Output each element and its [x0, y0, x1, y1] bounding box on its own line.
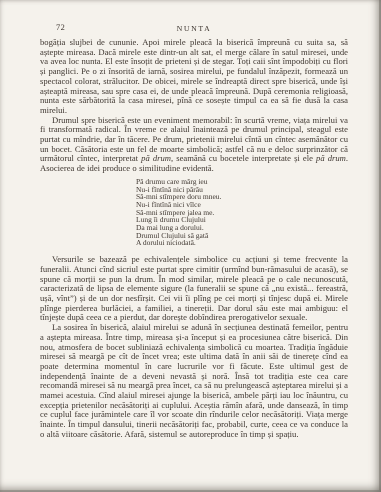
paragraph-1: bogăția slujbei de cununie. Apoi mirele … [40, 38, 348, 116]
verse-line: A dorului niciodată. [136, 239, 348, 247]
page-header: 72 NUNTA [40, 23, 348, 34]
paragraph-2: Drumul spre biserică este un eveniment m… [40, 116, 348, 174]
page-body: bogăția slujbei de cununie. Apoi mirele … [40, 38, 348, 440]
paragraph-3: Versurile se bazează pe echivalențele si… [40, 255, 348, 323]
verse-block: Pă drumu care mărg ieu Nu-i fîntînă nici… [136, 178, 348, 247]
book-page: 72 NUNTA bogăția slujbei de cununie. Apo… [0, 0, 381, 492]
paragraph-4: La sosirea în biserică, alaiul mirelui s… [40, 323, 348, 439]
running-title: NUNTA [40, 24, 348, 33]
